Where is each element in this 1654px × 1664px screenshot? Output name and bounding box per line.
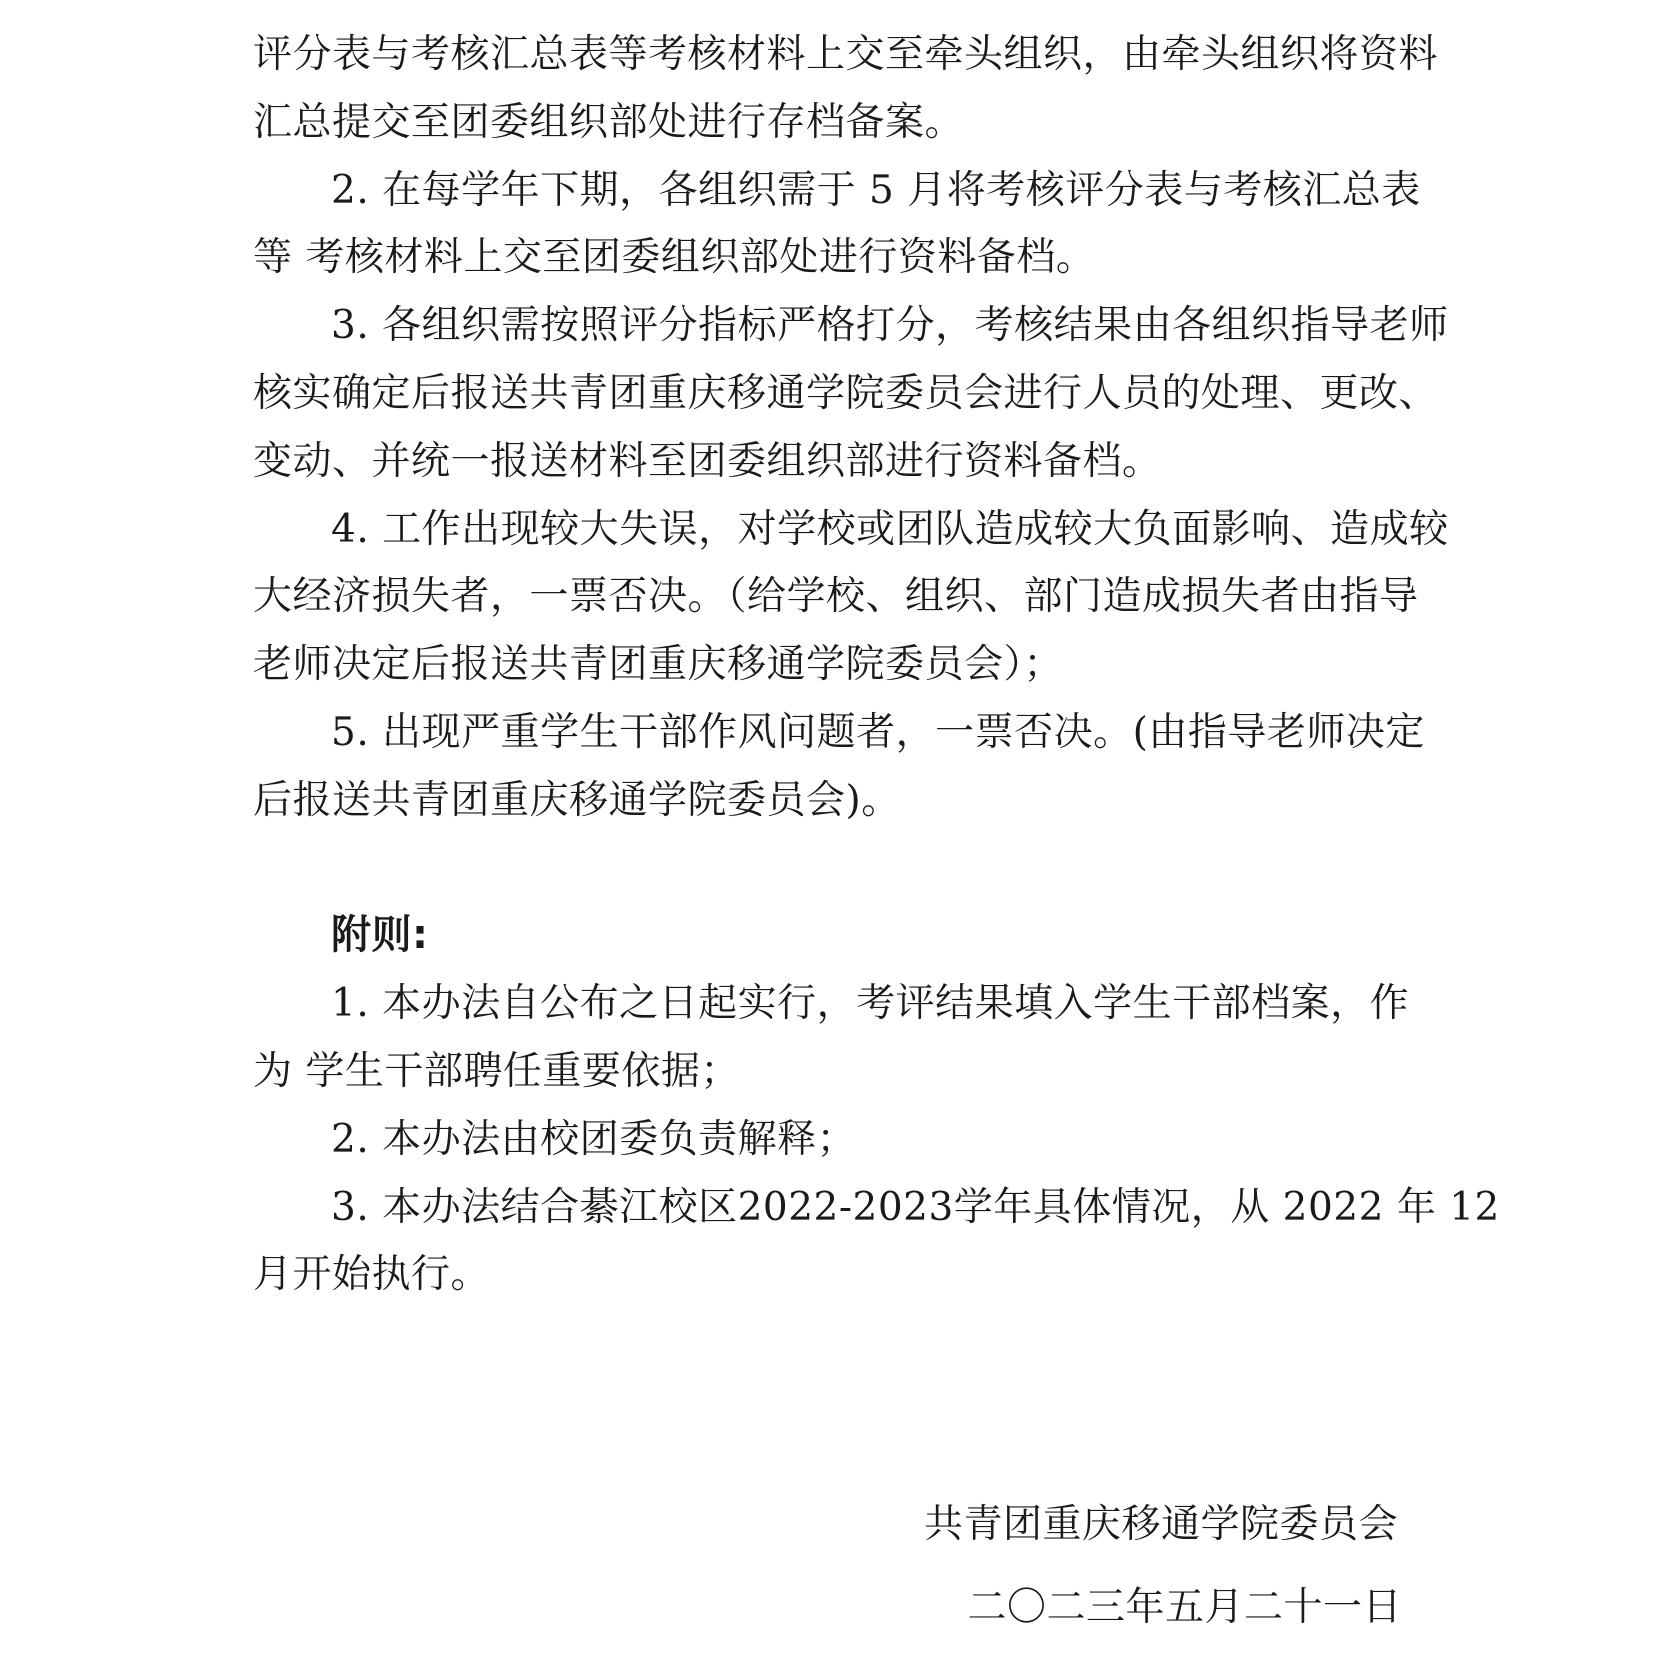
document-line: 大经济损失者，一票否决。（给学校、组织、部门造成损失者由指导 bbox=[253, 563, 1420, 631]
document-line: 后报送共青团重庆移通学院委员会)。 bbox=[253, 767, 1420, 835]
document-blank-line bbox=[253, 835, 1420, 903]
document-line: 老师决定后报送共青团重庆移通学院委员会）； bbox=[253, 631, 1420, 699]
document-line-item-4: 4. 工作出现较大失误，对学校或团队造成较大负面影响、造成较 bbox=[253, 496, 1420, 564]
document-line-appendix-item-3: 3. 本办法结合綦江校区2022-2023学年具体情况，从 2022 年 12 bbox=[253, 1174, 1420, 1242]
document-line: 评分表与考核汇总表等考核材料上交至牵头组织，由牵头组织将资料 bbox=[253, 21, 1420, 89]
document-body: 评分表与考核汇总表等考核材料上交至牵头组织，由牵头组织将资料 汇总提交至团委组织… bbox=[253, 21, 1420, 1309]
document-line-item-5: 5. 出现严重学生干部作风问题者，一票否决。(由指导老师决定 bbox=[253, 699, 1420, 767]
document-line: 变动、并统一报送材料至团委组织部进行资料备档。 bbox=[253, 428, 1420, 496]
signature-date: 二〇二三年五月二十一日 bbox=[967, 1586, 1402, 1630]
document-line: 汇总提交至团委组织部处进行存档备案。 bbox=[253, 89, 1420, 157]
document-line-appendix-item-2: 2. 本办法由校团委负责解释； bbox=[253, 1106, 1420, 1174]
document-line-item-3: 3. 各组织需按照评分指标严格打分，考核结果由各组织指导老师 bbox=[253, 292, 1420, 360]
document-line: 等 考核材料上交至团委组织部处进行资料备档。 bbox=[253, 224, 1420, 292]
document-line: 核实确定后报送共青团重庆移通学院委员会进行人员的处理、更改、 bbox=[253, 360, 1420, 428]
document-line-appendix-item-1: 1. 本办法自公布之日起实行，考评结果填入学生干部档案，作 bbox=[253, 970, 1420, 1038]
document-page: 评分表与考核汇总表等考核材料上交至牵头组织，由牵头组织将资料 汇总提交至团委组织… bbox=[0, 0, 1654, 1664]
section-heading-supplementary-provisions: 附则: bbox=[253, 902, 1420, 970]
document-line-item-2: 2. 在每学年下期，各组织需于 5 月将考核评分表与考核汇总表 bbox=[253, 157, 1420, 225]
document-line: 月开始执行。 bbox=[253, 1241, 1420, 1309]
document-line: 为 学生干部聘任重要依据； bbox=[253, 1038, 1420, 1106]
signature-organization: 共青团重庆移通学院委员会 bbox=[924, 1503, 1398, 1547]
